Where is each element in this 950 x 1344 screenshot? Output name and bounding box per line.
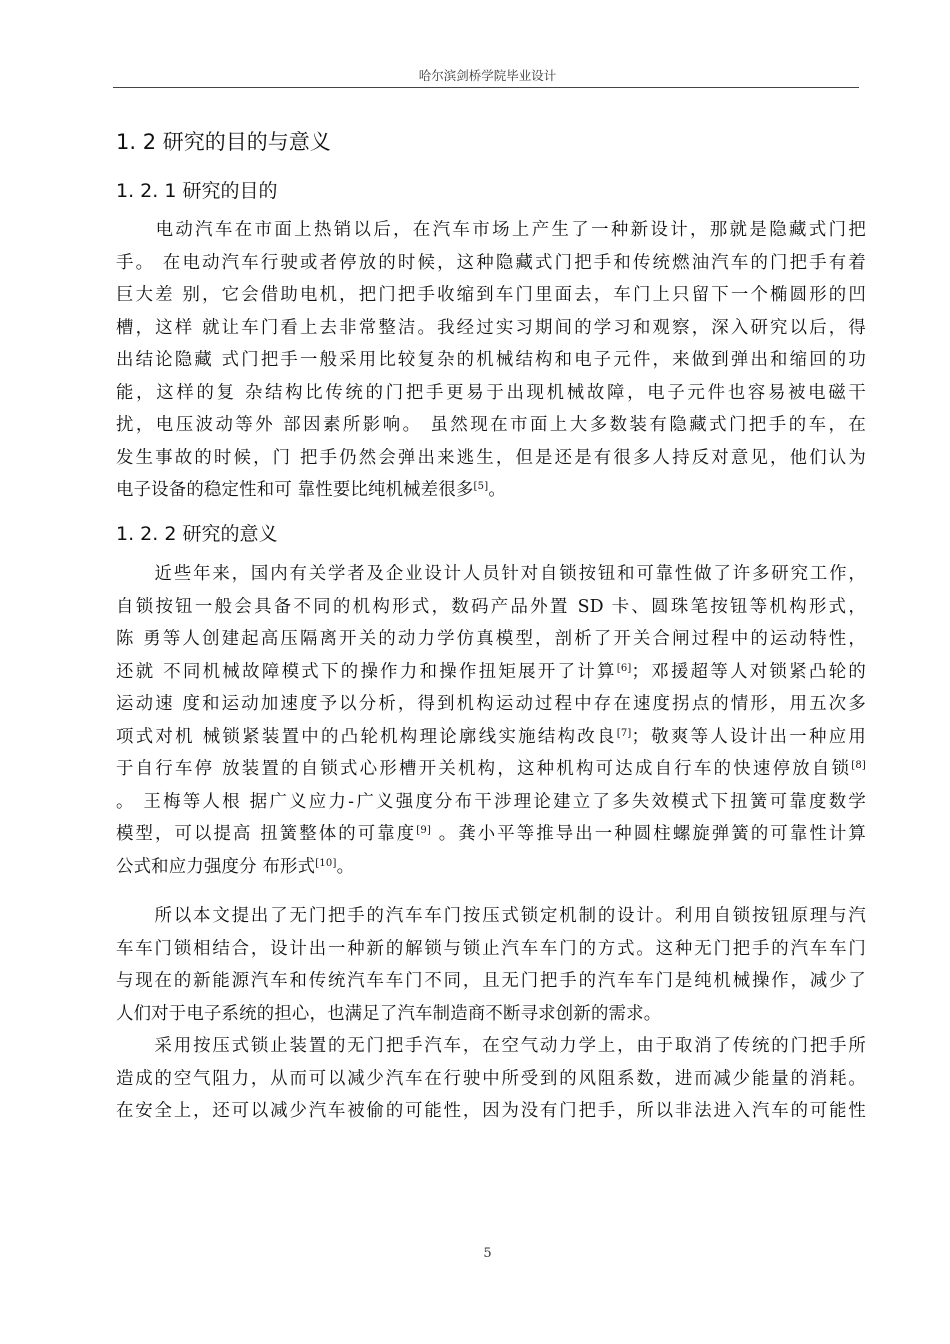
text-line: 。 王梅等人根 据广义应力-广义强度分布干涉理论建立了多失效模式下扭簧可靠度数学 [116, 786, 866, 819]
header-divider [113, 87, 859, 88]
paragraph-significance-1: 近些年来，国内有关学者及企业设计人员针对自锁按钮和可靠性做了许多研究工作， 自锁… [116, 558, 866, 883]
text-line: 能，这样的复 杂结构比传统的门把手更易于出现机械故障，电子元件也容易被电磁干 [116, 377, 866, 410]
text-line: 于自行车停 放装置的自锁式心形槽开关机构，这种机构可达成自行车的快速停放自锁[8… [116, 753, 866, 786]
text-line: 车车门锁相结合，设计出一种新的解锁与锁止汽车车门的方式。这种无门把手的汽车车门 [116, 933, 866, 966]
text-line: 陈 勇等人创建起高压隔离开关的动力学仿真模型，剖析了开关合闸过程中的运动特性， [116, 623, 866, 656]
citation-10: [10] [315, 858, 336, 869]
citation-5: [5] [474, 481, 489, 492]
text-line: 运动速 度和运动加速度予以分析，得到机构运动过程中存在速度拐点的情形，用五次多 [116, 688, 866, 721]
text-line: 人们对于电子系统的担心，也满足了汽车制造商不断寻求创新的需求。 [116, 998, 866, 1031]
text-line: 自锁按钮一般会具备不同的机构形式，数码产品外置 SD 卡、圆珠笔按钮等机构形式， [116, 591, 866, 624]
text-line: 与现在的新能源汽车和传统汽车车门不同，且无门把手的汽车车门是纯机械操作，减少了 [116, 965, 866, 998]
text-line: 所以本文提出了无门把手的汽车车门按压式锁定机制的设计。利用自锁按钮原理与汽 [116, 900, 866, 933]
citation-9: [9] [416, 825, 431, 836]
text-line: 发生事故的时候，门 把手仍然会弹出来逃生，但是还是有很多人持反对意见，他们认为 [116, 442, 866, 475]
subsection-heading-purpose: 1. 2. 1 研究的目的 [116, 176, 277, 203]
text-line: 公式和应力强度分 布形式[10]。 [116, 851, 866, 884]
subsection-heading-significance: 1. 2. 2 研究的意义 [116, 519, 277, 546]
text-line: 项式对机 械锁紧装置中的凸轮机构理论廓线实施结构改良[7]；敬爽等人设计出一种应… [116, 721, 866, 754]
text-line: 在安全上，还可以减少汽车被偷的可能性，因为没有门把手，所以非法进入汽车的可能性 [116, 1095, 866, 1128]
paragraph-significance-3: 采用按压式锁止装置的无门把手汽车，在空气动力学上，由于取消了传统的门把手所 造成… [116, 1030, 866, 1128]
text-line: 电子设备的稳定性和可 靠性要比纯机械差很多[5]。 [116, 474, 866, 507]
header-title: 哈尔滨剑桥学院毕业设计 [0, 66, 950, 84]
text-line: 巨大差 别，它会借助电机，把门把手收缩到车门里面去，车门上只留下一个椭圆形的凹 [116, 279, 866, 312]
text-line: 模型，可以提高 扭簧整体的可靠度[9] 。龚小平等推导出一种圆柱螺旋弹簧的可靠性… [116, 818, 866, 851]
text-line: 电动汽车在市面上热销以后，在汽车市场上产生了一种新设计，那就是隐藏式门把 [116, 214, 866, 247]
section-heading: 1. 2 研究的目的与意义 [116, 126, 331, 156]
citation-8: [8] [851, 760, 866, 771]
citation-6: [6] [617, 663, 632, 674]
citation-7: [7] [617, 728, 632, 739]
text-line: 出结论隐藏 式门把手一般采用比较复杂的机械结构和电子元件，来做到弹出和缩回的功 [116, 344, 866, 377]
text-line: 槽，这样 就让车门看上去非常整洁。我经过实习期间的学习和观察，深入研究以后，得 [116, 312, 866, 345]
text-line: 扰，电压波动等外 部因素所影响。 虽然现在市面上大多数装有隐藏式门把手的车，在 [116, 409, 866, 442]
page-number: 5 [0, 1246, 950, 1261]
paragraph-purpose: 电动汽车在市面上热销以后，在汽车市场上产生了一种新设计，那就是隐藏式门把 手。 … [116, 214, 866, 507]
text-line: 造成的空气阻力，从而可以减少汽车在行驶中所受到的风阻系数，进而减少能量的消耗。 [116, 1063, 866, 1096]
paragraph-significance-2: 所以本文提出了无门把手的汽车车门按压式锁定机制的设计。利用自锁按钮原理与汽 车车… [116, 900, 866, 1030]
text-line: 手。 在电动汽车行驶或者停放的时候，这种隐藏式门把手和传统燃油汽车的门把手有着 [116, 247, 866, 280]
text-line: 近些年来，国内有关学者及企业设计人员针对自锁按钮和可靠性做了许多研究工作， [116, 558, 866, 591]
text-line: 采用按压式锁止装置的无门把手汽车，在空气动力学上，由于取消了传统的门把手所 [116, 1030, 866, 1063]
text-line: 还就 不同机械故障模式下的操作力和操作扭矩展开了计算[6]；邓援超等人对锁紧凸轮… [116, 656, 866, 689]
